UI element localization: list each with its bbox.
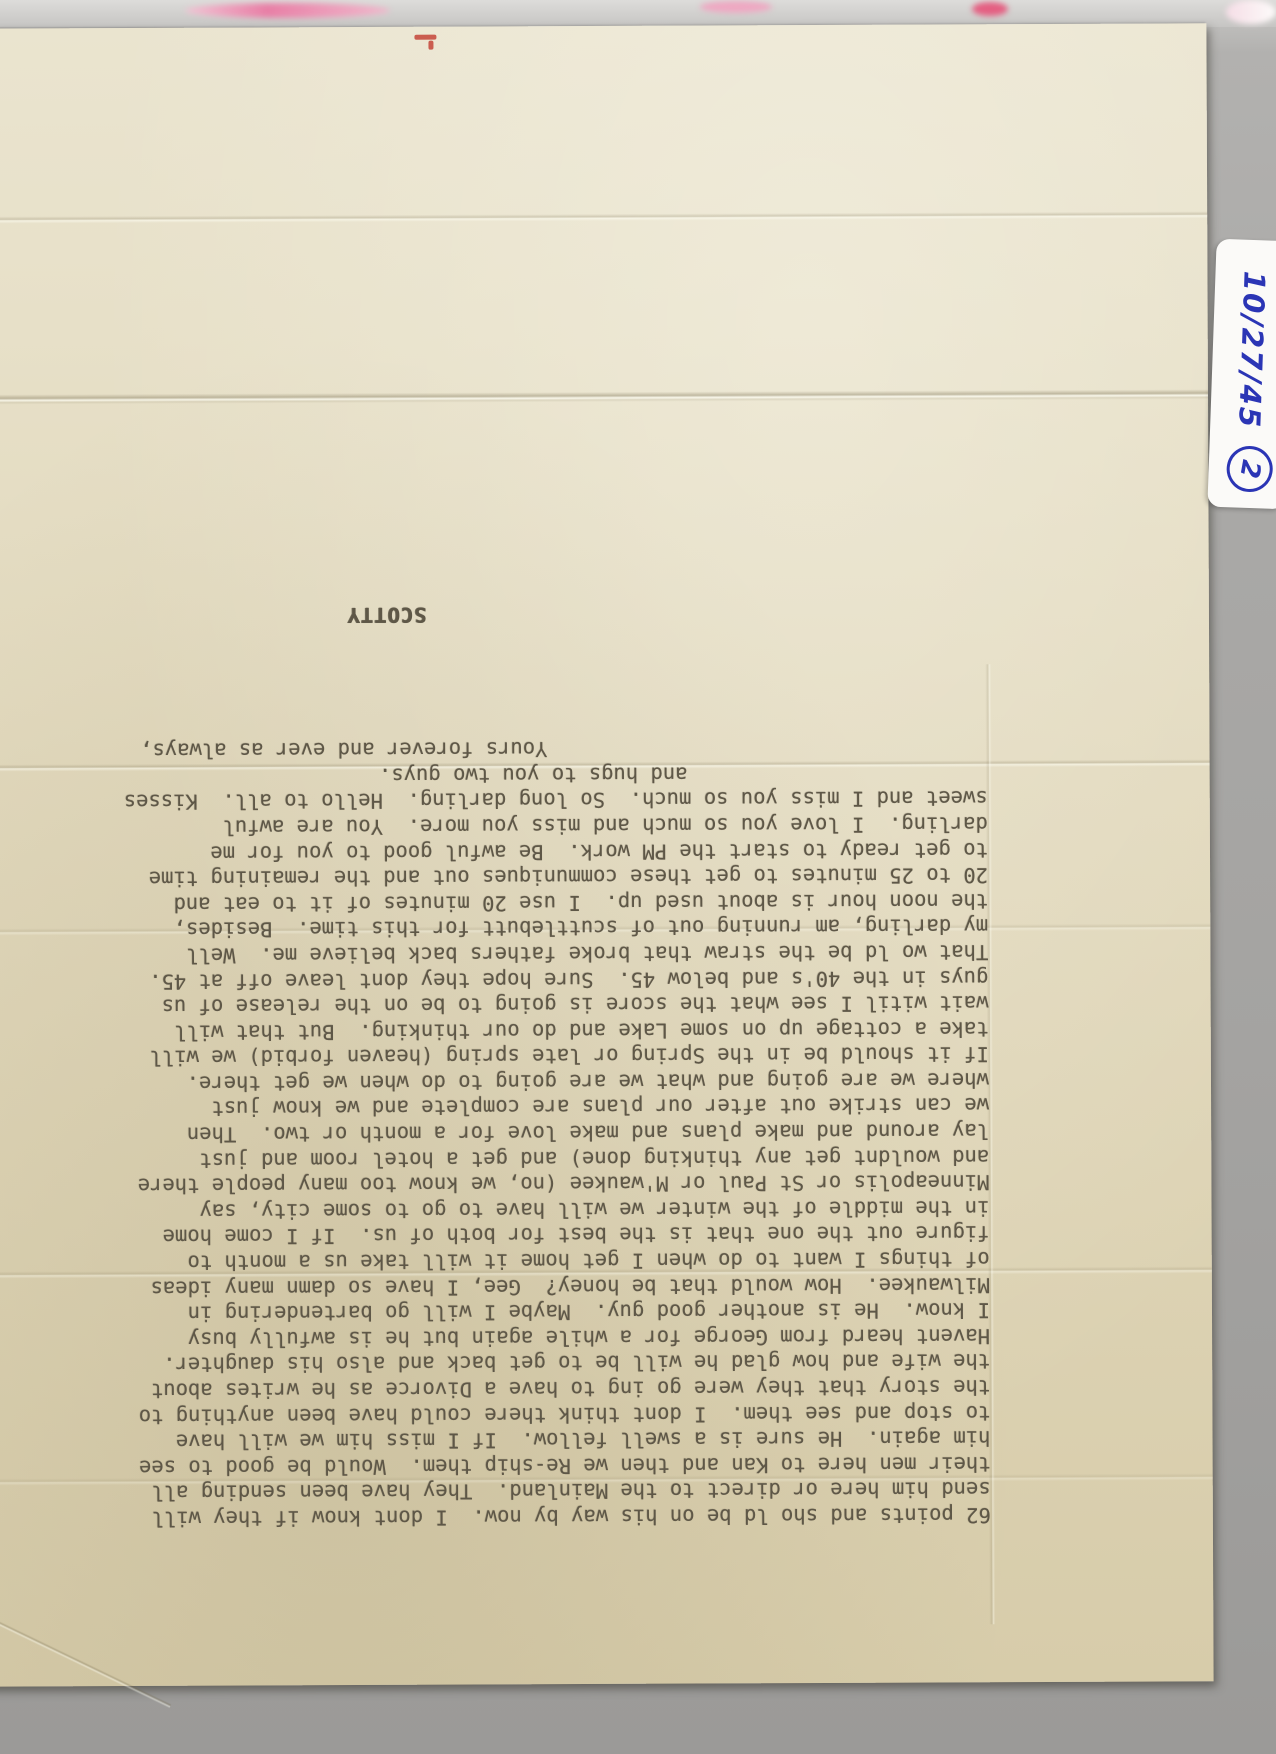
letter-line: to stop and see them. I dont think there… — [108, 1399, 990, 1428]
letter-line: If it should be in the Spring or late sp… — [107, 1041, 989, 1070]
letter-closing-line: Yours forever and ever as always, — [105, 736, 547, 764]
letter-line: 20 to 25 minutes to get these communique… — [106, 862, 988, 891]
sleeve-reflection — [185, 3, 390, 18]
letter-line: we can strike out after our plans are co… — [107, 1092, 989, 1121]
letter-line: and wouldnt get any thinking done) and g… — [107, 1143, 989, 1172]
letter-line: and hugs to you two guys. — [106, 761, 688, 789]
typewritten-letter-text: 62 points and sho ld be on his way by no… — [105, 598, 991, 1531]
letter-line: the noon hour is about used up. I use 20… — [106, 887, 988, 916]
letter-line: figure out the one that is the best for … — [108, 1220, 990, 1249]
letter-line: my darling, am running out of scuttlebut… — [106, 913, 988, 942]
letter-page: 62 points and sho ld be on his way by no… — [0, 23, 1214, 1686]
letter-line: the wife and how glad he will be to get … — [108, 1348, 990, 1377]
archive-label: 10/27/45 2 — [1207, 239, 1276, 510]
letter-line: guys in the 40's and below 45. Sure hope… — [106, 964, 988, 993]
signature: SCOTTY — [105, 601, 427, 628]
letter-line: Minneapolis or St Paul or M'waukee (no, … — [107, 1169, 989, 1198]
letter-line: 62 points and sho ld be on his way by no… — [109, 1502, 991, 1531]
letter-line: to get ready to start the PM work. Be aw… — [106, 836, 988, 865]
letter-line: wait witil I see what the score is going… — [107, 990, 989, 1019]
letter-line: darling. I love you so much and miss you… — [106, 811, 988, 840]
letter-line: in the middle of the winter we will have… — [107, 1195, 989, 1224]
letter-line: of things I want to do when I get home i… — [108, 1246, 990, 1275]
scanned-document: 62 points and sho ld be on his way by no… — [0, 0, 1276, 1754]
page-number-badge: 2 — [1223, 442, 1276, 495]
letter-line: lay around and make plans and make love … — [107, 1118, 989, 1147]
letter-line: where we are going and what we are going… — [107, 1067, 989, 1096]
letter-line: him again. He sure is a swell fellow. If… — [108, 1425, 990, 1454]
sleeve-reflection — [972, 2, 1008, 16]
label-date: 10/27/45 — [1232, 270, 1272, 429]
letter-line: That wo ld be the straw that broke fathe… — [106, 939, 988, 968]
page-number: 2 — [1233, 457, 1266, 480]
letter-line: Milwaukee. How would that be honey? Gee,… — [108, 1271, 990, 1300]
letter-line: send him here or direct to the Mainland.… — [109, 1476, 991, 1505]
upside-down-content: 62 points and sho ld be on his way by no… — [0, 23, 1214, 1686]
letter-line: sweet and I miss you so much. So long da… — [106, 785, 988, 814]
letter-body: 62 points and sho ld be on his way by no… — [106, 785, 991, 1531]
letter-line: I know. He is another good guy. Maybe I … — [108, 1297, 990, 1326]
sleeve-reflection — [700, 1, 772, 13]
sleeve-reflection — [1226, 0, 1276, 24]
letter-line: Havent heard from George for a while aga… — [108, 1323, 990, 1352]
letter-line: their men here to Kan and then we Re-shi… — [109, 1450, 991, 1479]
letter-line: take a cottage up on some Lake and do ou… — [107, 1015, 989, 1044]
letter-line: the story that they were go ing to have … — [108, 1374, 990, 1403]
